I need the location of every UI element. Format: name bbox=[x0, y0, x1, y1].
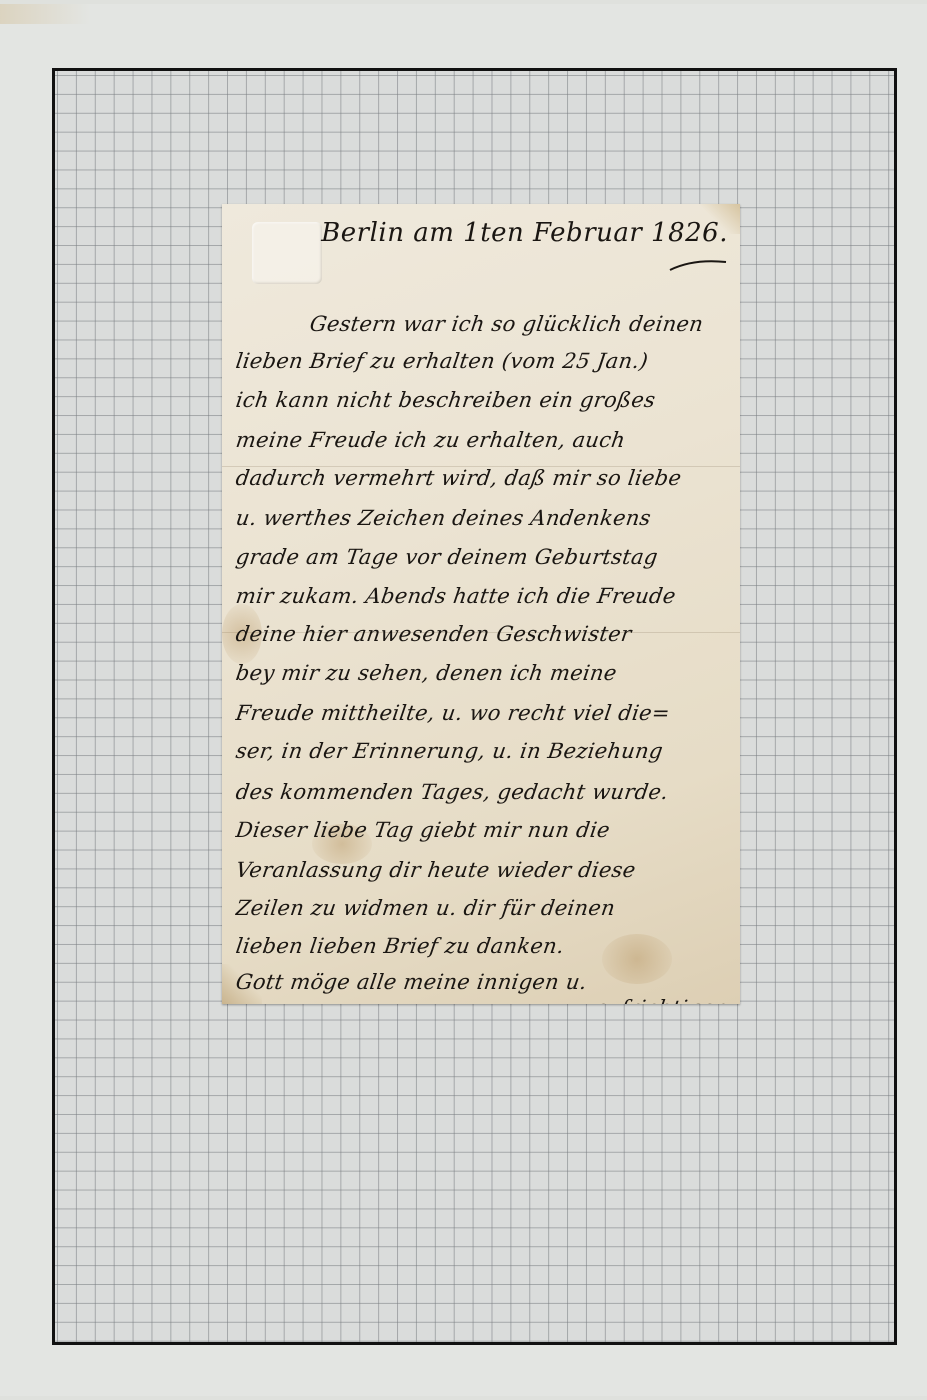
letter-line: Veranlassung dir heute wieder diese bbox=[234, 858, 729, 882]
letter-line: Gott möge alle meine innigen u. bbox=[234, 970, 729, 994]
letter-heading: Berlin am 1ten Februar 1826. bbox=[321, 218, 728, 248]
letter-line: Zeilen zu widmen u. dir für deinen bbox=[234, 896, 729, 920]
letter-sheet: Berlin am 1ten Februar 1826. Gestern war… bbox=[222, 204, 740, 1004]
letter-line: ich kann nicht beschreiben ein großes bbox=[234, 388, 729, 412]
letter-line: bey mir zu sehen, denen ich meine bbox=[234, 661, 729, 685]
album-page: Berlin am 1ten Februar 1826. Gestern war… bbox=[0, 4, 927, 1396]
embossed-stamp-icon bbox=[252, 222, 322, 284]
letter-line: deine hier anwesenden Geschwister bbox=[234, 622, 729, 646]
letter-line: ser, in der Erinnerung, u. in Beziehung bbox=[234, 739, 729, 763]
letter-line: mir zukam. Abends hatte ich die Freude bbox=[234, 584, 729, 608]
letter-line: Dieser liebe Tag giebt mir nun die bbox=[234, 818, 729, 842]
letter-line: Gestern war ich so glücklich deinen bbox=[308, 312, 729, 336]
letter-line: Freude mittheilte, u. wo recht viel die= bbox=[234, 701, 729, 725]
letter-line: dadurch vermehrt wird, daß mir so liebe bbox=[234, 466, 729, 490]
signature-fragment: aufrichtigen bbox=[590, 996, 729, 1004]
letter-line: meine Freude ich zu erhalten, auch bbox=[234, 428, 729, 452]
letter-line: des kommenden Tages, gedacht wurde. bbox=[234, 780, 729, 804]
letter-line: grade am Tage vor deinem Geburtstag bbox=[234, 545, 729, 569]
flourish-icon bbox=[668, 258, 728, 272]
letter-line: u. werthes Zeichen deines Andenkens bbox=[234, 506, 729, 530]
letter-line: lieben Brief zu erhalten (vom 25 Jan.) bbox=[234, 349, 729, 373]
letter-line: lieben lieben Brief zu danken. bbox=[234, 934, 729, 958]
page-stain bbox=[0, 4, 90, 24]
